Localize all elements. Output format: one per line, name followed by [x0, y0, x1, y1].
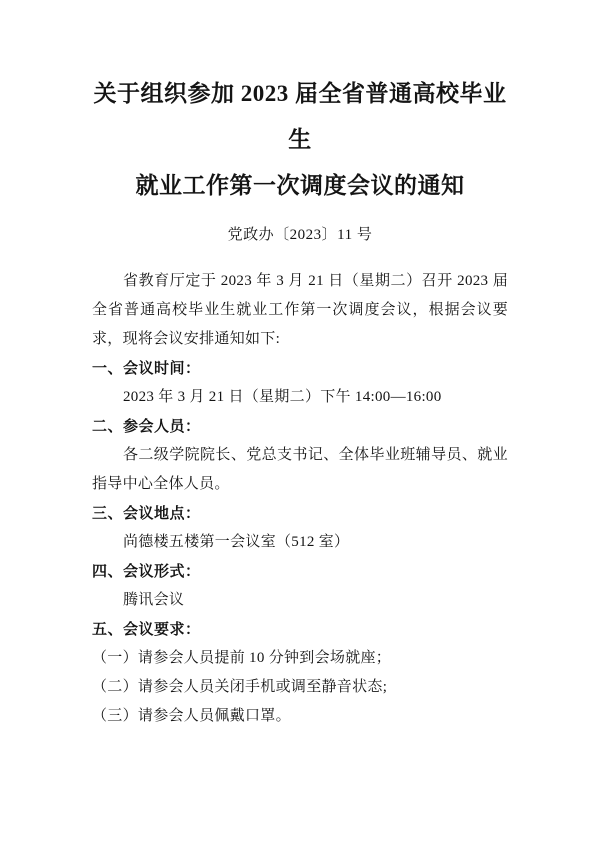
document-number: 党政办〔2023〕11 号 [92, 221, 508, 250]
title-line-2: 就业工作第一次调度会议的通知 [92, 163, 508, 209]
section-heading: 四、会议形式： [92, 557, 508, 586]
document-page: 关于组织参加 2023 届全省普通高校毕业生 就业工作第一次调度会议的通知 党政… [0, 0, 599, 848]
document-content: 关于组织参加 2023 届全省普通高校毕业生 就业工作第一次调度会议的通知 党政… [92, 0, 508, 731]
section-body: 腾讯会议 [92, 586, 508, 615]
requirement-item-2: （二）请参会人员关闭手机或调至静音状态; [92, 673, 508, 702]
section-body: 2023 年 3 月 21 日（星期二）下午 14:00—16:00 [92, 383, 508, 412]
section-heading: 三、会议地点： [92, 499, 508, 528]
requirement-item-1: （一）请参会人员提前 10 分钟到会场就座； [92, 644, 508, 673]
section-meeting-time: 一、会议时间： 2023 年 3 月 21 日（星期二）下午 14:00—16:… [92, 354, 508, 412]
section-body: 尚德楼五楼第一会议室（512 室） [92, 528, 508, 557]
document-body: 省教育厅定于 2023 年 3 月 21 日（星期二）召开 2023 届全省普通… [92, 267, 508, 731]
section-heading: 二、参会人员： [92, 412, 508, 441]
section-heading: 五、会议要求： [92, 615, 508, 644]
section-body: 各二级学院院长、党总支书记、全体毕业班辅导员、就业指导中心全体人员。 [92, 441, 508, 499]
intro-paragraph: 省教育厅定于 2023 年 3 月 21 日（星期二）召开 2023 届全省普通… [92, 267, 508, 354]
section-meeting-place: 三、会议地点： 尚德楼五楼第一会议室（512 室） [92, 499, 508, 557]
document-title: 关于组织参加 2023 届全省普通高校毕业生 就业工作第一次调度会议的通知 [92, 71, 508, 209]
section-heading: 一、会议时间： [92, 354, 508, 383]
section-participants: 二、参会人员： 各二级学院院长、党总支书记、全体毕业班辅导员、就业指导中心全体人… [92, 412, 508, 499]
section-meeting-format: 四、会议形式： 腾讯会议 [92, 557, 508, 615]
title-line-1: 关于组织参加 2023 届全省普通高校毕业生 [92, 71, 508, 163]
section-meeting-requirements: 五、会议要求： （一）请参会人员提前 10 分钟到会场就座； （二）请参会人员关… [92, 615, 508, 731]
requirement-item-3: （三）请参会人员佩戴口罩。 [92, 702, 508, 731]
